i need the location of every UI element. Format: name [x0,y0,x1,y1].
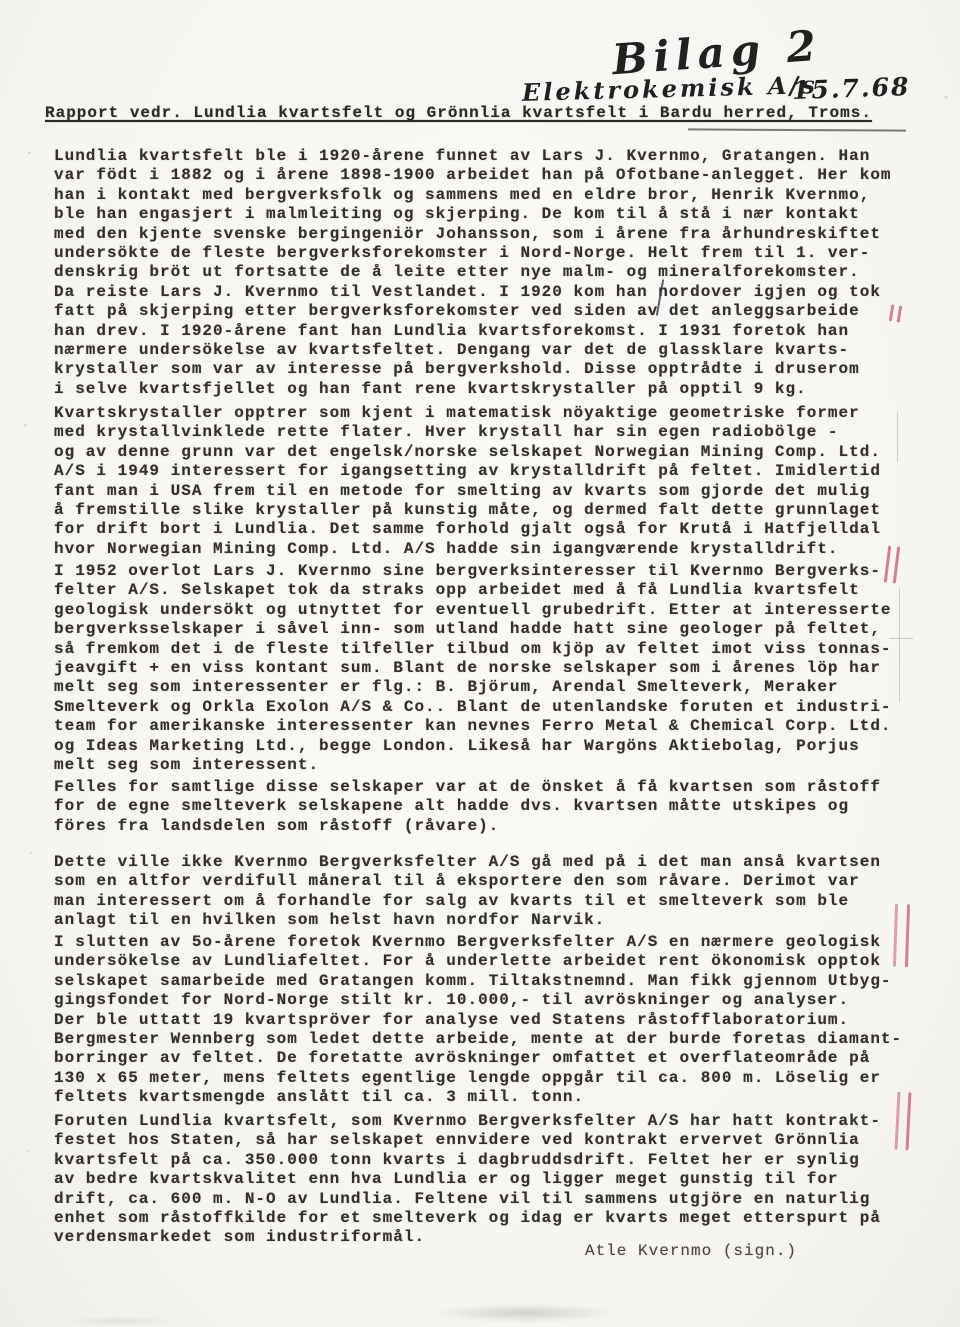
scan-speck [26,1150,29,1152]
scan-speck [30,852,32,854]
paragraph-1952-transfer-interest: I 1952 overlot Lars J. Kvernmo sine berg… [54,562,920,775]
scan-speck [28,152,31,154]
report-title: Rapport vedr. Lundlia kvartsfelt og Grön… [45,103,925,123]
handwritten-company-annotation: Elektrokemisk A/s [522,70,819,107]
title-underline-mark [688,128,906,131]
pencil-margin-line [899,588,900,702]
margin-annotation-mark-icon [893,904,910,967]
scan-smudge [60,1316,180,1326]
paragraph-common-goal: Felles for samtlige disse selskaper var … [54,778,920,836]
signature-line: Atle Kvernmo (sign.) [585,1242,797,1260]
paragraph-crystal-properties: Kvartskrystaller opptrer som kjent i mat… [54,404,920,559]
paragraph-export-refusal: Dette ville ikke Kvernmo Bergverksfelter… [54,853,920,931]
handwritten-date-annotation: 15.7.68 [792,72,911,105]
scan-smudge [430,1303,620,1323]
pencil-margin-tick [889,638,913,639]
paragraph-gronnlia-field: Foruten Lundlia kvartsfelt, som Kvernmo … [54,1112,920,1248]
pencil-margin-line [897,412,898,462]
scan-speck [944,96,948,99]
scan-speck [24,424,27,427]
paragraph-history-discovery: Lundlia kvartsfelt ble i 1920-årene funn… [54,147,920,399]
scanned-document-page: Bilag 2 Elektrokemisk A/s 15.7.68 Rappor… [0,0,960,1327]
paragraph-geological-survey: I slutten av 5o-årene foretok Kvernmo Be… [54,933,920,1108]
